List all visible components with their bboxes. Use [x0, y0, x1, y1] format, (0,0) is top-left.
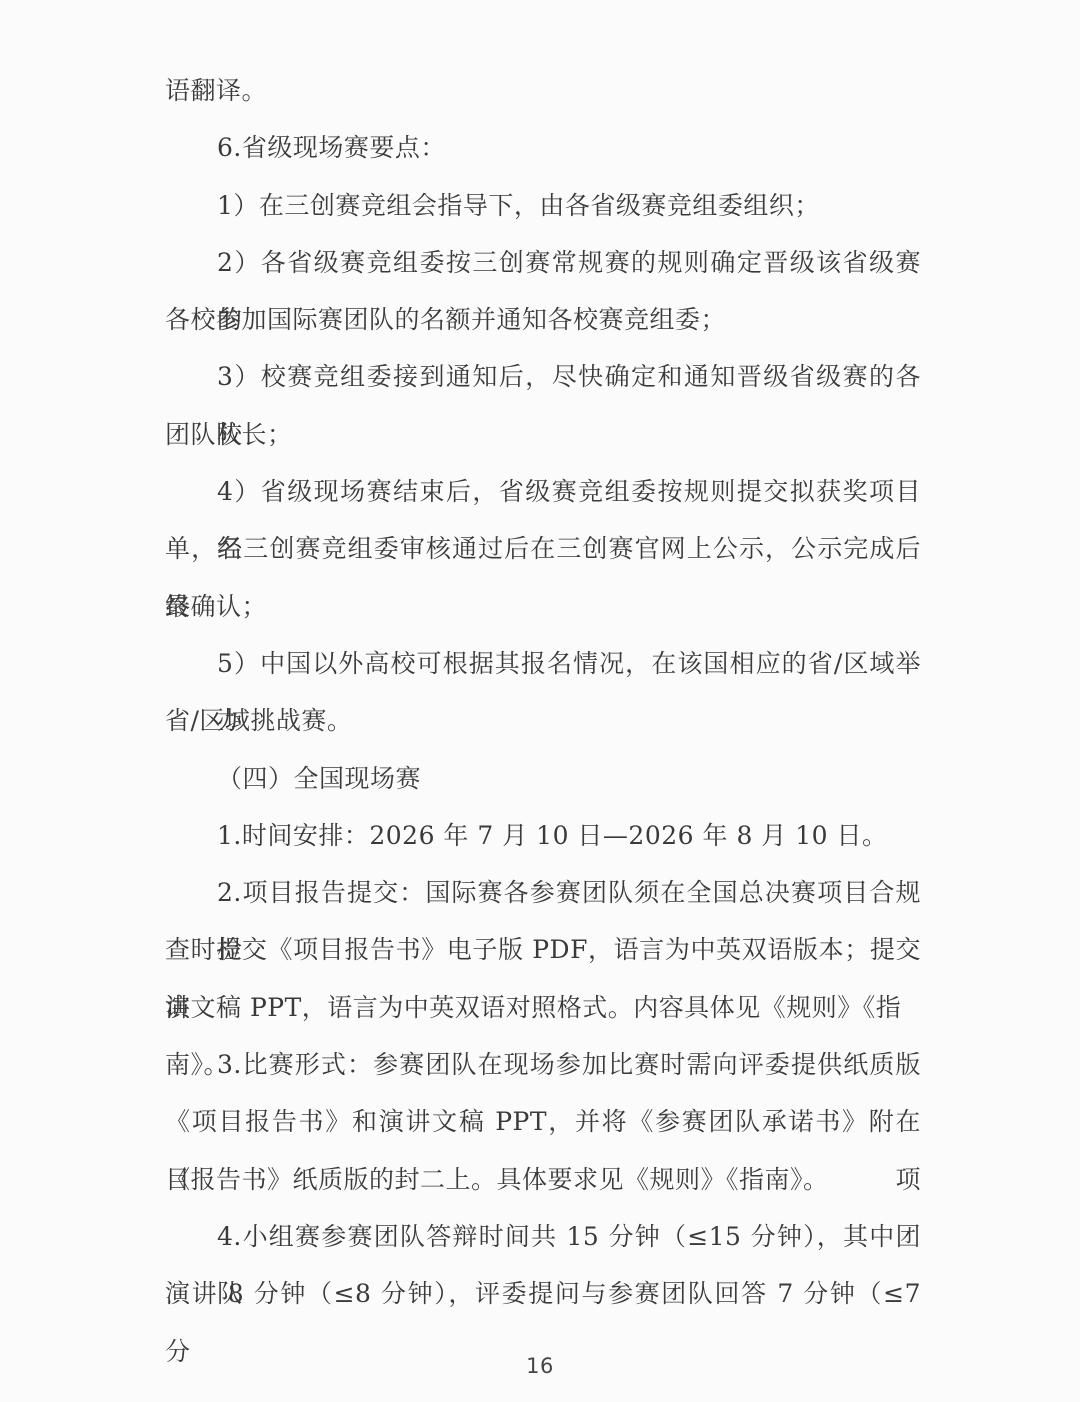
- text-line: 6.省级现场赛要点：: [165, 119, 921, 176]
- text-line: 终确认；: [165, 578, 921, 635]
- document-page: 语翻译。6.省级现场赛要点：1）在三创赛竞组会指导下，由各省级赛竞组委组织；2）…: [0, 0, 1080, 1402]
- text-line: 3）校赛竞组委接到通知后，尽快确定和通知晋级省级赛的各校: [165, 348, 921, 405]
- text-line: 2.项目报告提交：国际赛各参赛团队须在全国总决赛项目合规检: [165, 864, 921, 921]
- text-line: 4）省级现场赛结束后，省级赛竞组委按规则提交拟获奖项目名: [165, 463, 921, 520]
- text-line: 2）各省级赛竞组委按三创赛常规赛的规则确定晋级该省级赛的: [165, 234, 921, 291]
- text-line: （四）全国现场赛: [165, 750, 921, 807]
- text-line: 讲文稿 PPT，语言为中英双语对照格式。内容具体见《规则》《指南》。: [165, 979, 921, 1036]
- text-line: 演讲 8 分钟（≤8 分钟），评委提问与参赛团队回答 7 分钟（≤7 分: [165, 1265, 921, 1322]
- page-footer: 16: [0, 1354, 1080, 1378]
- page-number: 16: [526, 1354, 554, 1378]
- text-line: 查时提交《项目报告书》电子版 PDF，语言为中英双语版本；提交演: [165, 921, 921, 978]
- text-line: 3.比赛形式：参赛团队在现场参加比赛时需向评委提供纸质版: [165, 1036, 921, 1093]
- text-line: 1）在三创赛竞组会指导下，由各省级赛竞组委组织；: [165, 177, 921, 234]
- text-line: 《项目报告书》和演讲文稿 PPT，并将《参赛团队承诺书》附在《项: [165, 1093, 921, 1150]
- text-line: 4.小组赛参赛团队答辩时间共 15 分钟（≤15 分钟），其中团队: [165, 1208, 921, 1265]
- text-line: 省/区域挑战赛。: [165, 692, 921, 749]
- text-line: 团队队长；: [165, 406, 921, 463]
- document-body: 语翻译。6.省级现场赛要点：1）在三创赛竞组会指导下，由各省级赛竞组委组织；2）…: [165, 62, 921, 1323]
- text-line: 5）中国以外高校可根据其报名情况，在该国相应的省/区域举办: [165, 635, 921, 692]
- text-line: 单，经三创赛竞组委审核通过后在三创赛官网上公示，公示完成后最: [165, 520, 921, 577]
- text-line: 目报告书》纸质版的封二上。具体要求见《规则》《指南》。: [165, 1151, 921, 1208]
- text-line: 1.时间安排：2026 年 7 月 10 日—2026 年 8 月 10 日。: [165, 807, 921, 864]
- text-line: 各校参加国际赛团队的名额并通知各校赛竞组委；: [165, 291, 921, 348]
- text-line: 语翻译。: [165, 62, 921, 119]
